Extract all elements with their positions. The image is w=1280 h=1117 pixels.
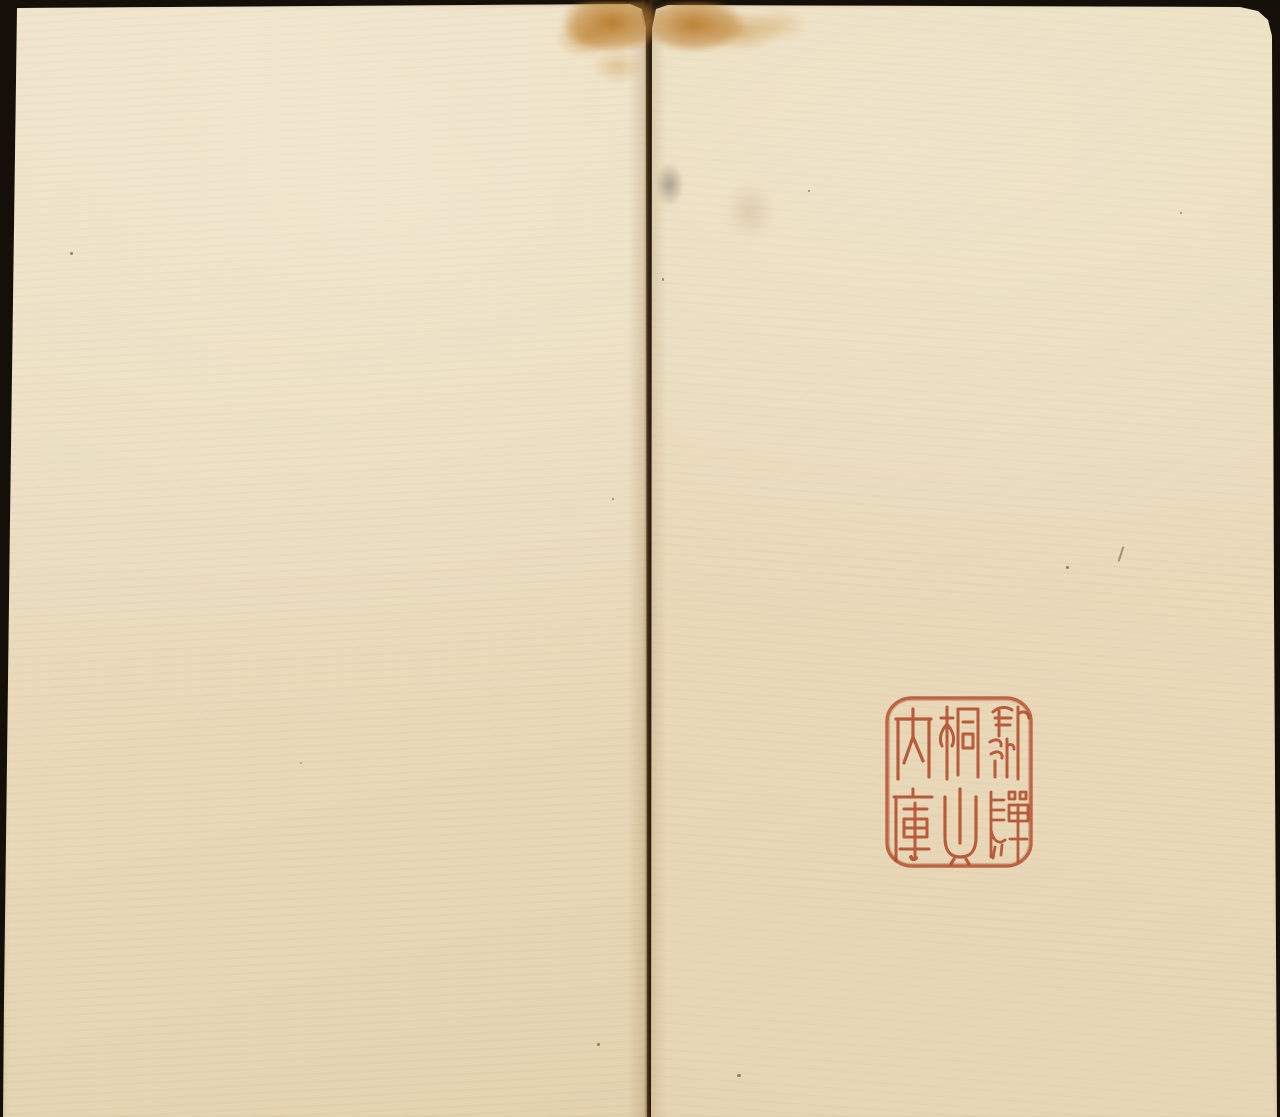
seal-char-bun (896, 709, 931, 779)
book-scan: 飛驒桐山文庫 (0, 0, 1280, 1117)
seal-char-hi (990, 707, 1029, 779)
seal-char-da (991, 792, 1028, 861)
seal-char-yama (945, 789, 976, 864)
seal-char-ko (894, 789, 932, 861)
seal-char-kiri (940, 707, 978, 779)
seal-text: 飛驒桐山文庫 (0, 0, 1, 1)
collection-seal (883, 691, 1035, 873)
